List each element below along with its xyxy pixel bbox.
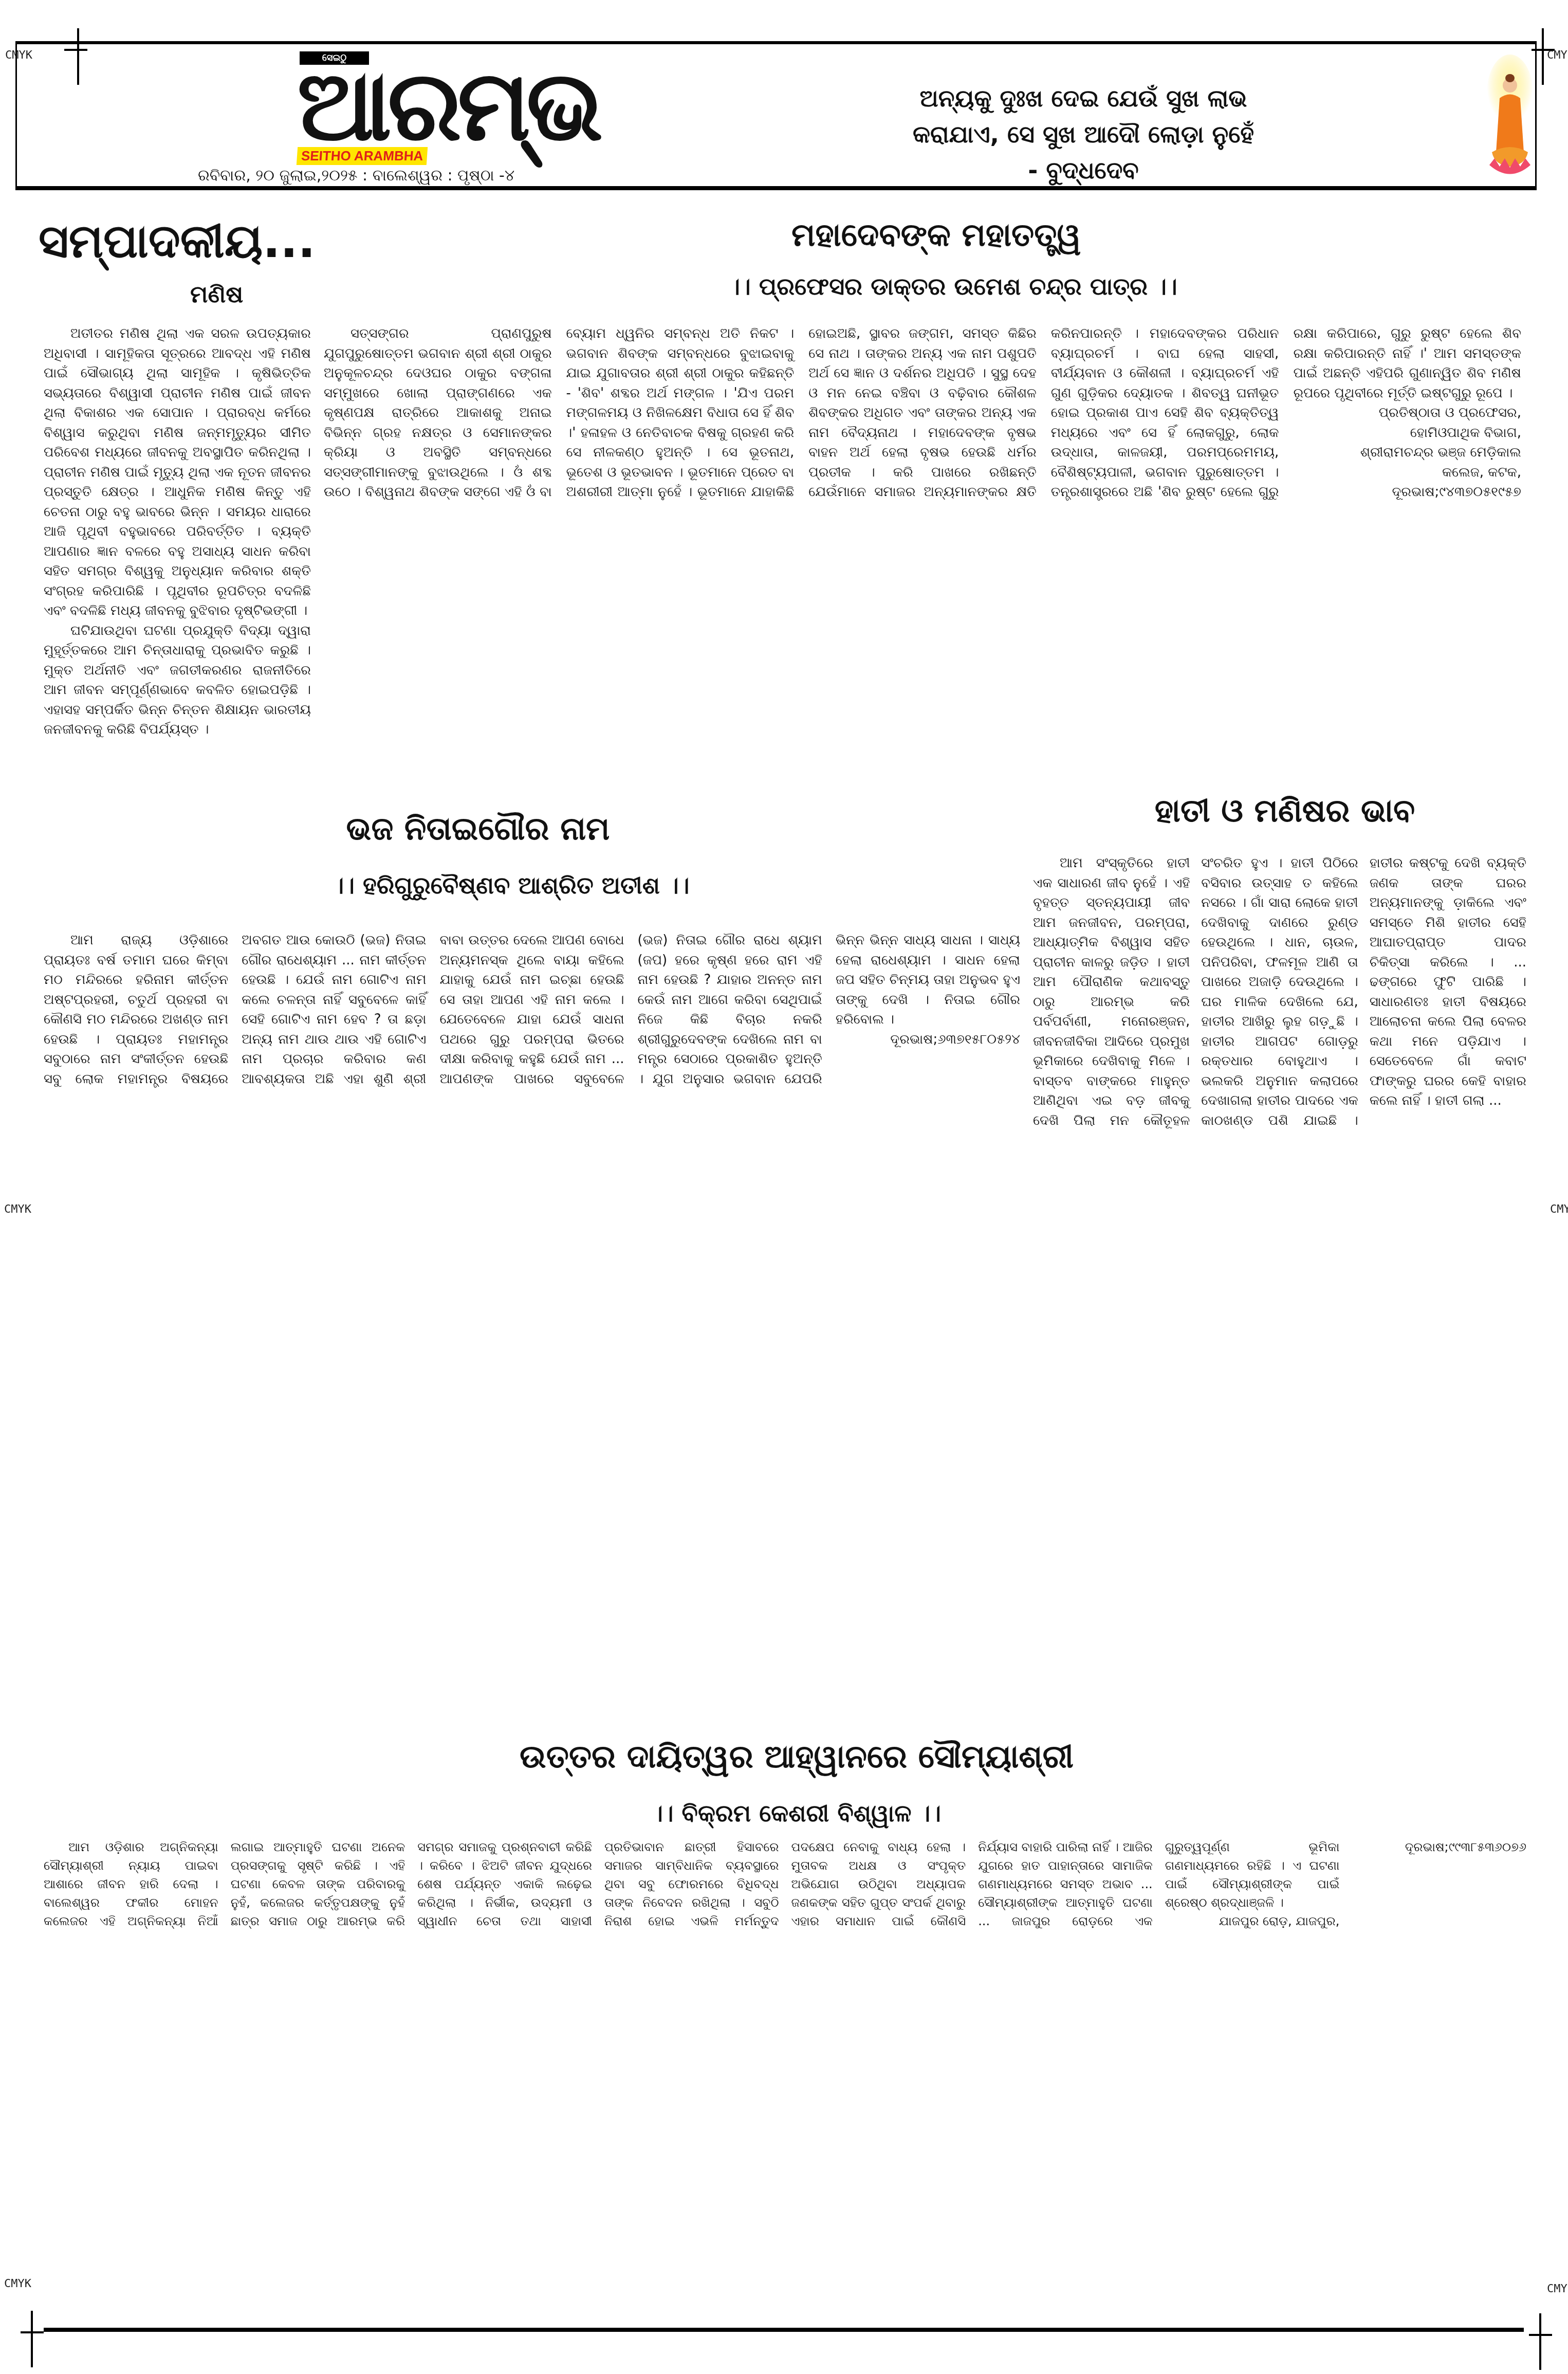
quote-box: ଅନ୍ୟକୁ ଦୁଃଖ ଦେଇ ଯେଉଁ ସୁଖ ଲାଭ କରାଯାଏ, ସେ … [865, 80, 1302, 188]
cmyk-label-bottom-left: CMYK [4, 2277, 14, 2291]
author-phone: ଦୂରଭାଷ;୬୩୭୧୫୮୦୫୨୪ [836, 1030, 1020, 1050]
bottom-rule [44, 2328, 1524, 2332]
article-byline-bhaja: ।। ହରିଗୁରୁବୈଷ୍ଣବ ଆଶ୍ରିତ ଅତୀଶ ।। [293, 871, 730, 900]
signature-phone: ଦୂରଭାଷ;୯୯୩୮୫୩୬୦୭୬ [1352, 1838, 1526, 1856]
article-body-mahadeva: ସତ୍‌ସଙ୍ଗର ପ୍ରାଣପୁରୁଷ ଯୁଗପୁରୁଷୋତ୍ତମ ଭଗବାନ… [324, 324, 1521, 802]
editorial-body: ଅତୀତର ମଣିଷ ଥିଲା ଏକ ସରଳ ଉପତ୍ୟକାର ଅଧିବାସୀ … [44, 324, 311, 740]
signature-title: ପ୍ରତିଷ୍ଠାତା ଓ ପ୍ରଫେସର, [1293, 403, 1521, 423]
cmyk-label-bottom-right: CMYK [1547, 2282, 1557, 2296]
cmyk-label-mid-right: CMYK [1550, 1203, 1560, 1216]
editorial-headline: ମଣିଷ [190, 280, 243, 309]
article-headline-mahadeva: ମହାଦେବଙ୍କ ମହାତତ୍ତ୍ୱ [791, 216, 1151, 254]
editorial-paragraph: ଘଟିଯାଉଥିବା ଘଟଣା ପ୍ରଯୁକ୍ତି ବିଦ୍ୟା ଦ୍ୱାରା … [44, 621, 311, 740]
dateline: ରବିବାର, ୨୦ ଜୁଲାଇ,୨୦୨୫ : ବାଲେଶ୍ୱର : ପୃଷ୍ଠ… [151, 167, 562, 185]
signature-city: କଲେଜ, କଟକ, [1293, 463, 1521, 483]
article-paragraph: ଆମ ରାଜ୍ୟ ଓଡ଼ିଶାରେ ପ୍ରାୟତଃ ବର୍ଷ ତମାମ ଘରେ … [44, 930, 1020, 1089]
article-body-soumyashree: ଆମ ଓଡ଼ିଶାର ଅଗ୍ନିକନ୍ୟା ସୌମ୍ୟାଶ୍ରୀ ନ୍ୟାୟ ପ… [44, 1838, 1526, 2300]
registration-mark-bottom-right [1529, 2313, 1549, 2370]
article-paragraph: ଆମ ସଂସ୍କୃତିରେ ହାତୀ ଏକ ସାଧାରଣ ଜୀବ ନୁହେଁ ।… [1033, 853, 1526, 1130]
newspaper-logo: ଆରମ୍ଭ [297, 54, 599, 157]
article-headline-soumyashree: ଉତ୍ତର ଦାୟିତ୍ୱର ଆହ୍ୱାନରେ ସୌମ୍ୟାଶ୍ରୀ [308, 1738, 1285, 1776]
cmyk-label-top-right: CMYK [1547, 49, 1557, 62]
signature-department: ହୋମିଓପାଥିକ ବିଭାଗ, [1293, 423, 1521, 443]
article-headline-bhaja: ଭଜ ନିତାଇଗୌର ନାମ [298, 810, 658, 848]
author-signature: ପ୍ରତିଷ୍ଠାତା ଓ ପ୍ରଫେସର, ହୋମିଓପାଥିକ ବିଭାଗ,… [1293, 403, 1521, 502]
masthead: ସେଇଠୁ ଆରମ୍ଭ SEITHO ARAMBHA ରବିବାର, ୨୦ ଜୁ… [15, 41, 1537, 190]
signature-address: ଯାଜପୁର ରୋଡ଼, ଯାଜପୁର, [1165, 1912, 1340, 1930]
cmyk-label-mid-left: CMYK [4, 1203, 14, 1216]
article-body-bhaja: ଆମ ରାଜ୍ୟ ଓଡ଼ିଶାରେ ପ୍ରାୟତଃ ବର୍ଷ ତମାମ ଘରେ … [44, 930, 1020, 1691]
buddha-image [1487, 49, 1533, 188]
quote-line-2: କରାଯାଏ, ସେ ସୁଖ ଆଦୌ ଲୋଡ଼ା ନୁହେଁ [865, 116, 1302, 152]
editorial-paragraph: ଅତୀତର ମଣିଷ ଥିଲା ଏକ ସରଳ ଉପତ୍ୟକାର ଅଧିବାସୀ … [44, 324, 311, 621]
signature-phone: ଦୂରଭାଷ;୯୪୩୭୦୫୧୯୫୭ [1293, 482, 1521, 502]
article-paragraph: ଆମ ଓଡ଼ିଶାର ଅଗ୍ନିକନ୍ୟା ସୌମ୍ୟାଶ୍ରୀ ନ୍ୟାୟ ପ… [44, 1838, 1339, 1930]
cmyk-label-top-left: CMYK [5, 49, 15, 62]
article-body-elephant: ଆମ ସଂସ୍କୃତିରେ ହାତୀ ଏକ ସାଧାରଣ ଜୀବ ନୁହେଁ ।… [1033, 853, 1526, 1696]
logo-tagline: SEITHO ARAMBHA [297, 147, 428, 165]
article-byline-mahadeva: ।। ପ୍ରଫେସର ଡାକ୍ତର ଉମେଶ ଚନ୍ଦ୍ର ପାତ୍ର ।। [684, 272, 1223, 301]
registration-mark-bottom-left [21, 2311, 41, 2367]
article-headline-elephant: ହାତୀ ଓ ମଣିଷର ଭାବ [1054, 792, 1516, 830]
quote-line-1: ଅନ୍ୟକୁ ଦୁଃଖ ଦେଇ ଯେଉଁ ସୁଖ ଲାଭ [865, 80, 1302, 116]
section-title-editorial: ସମ୍ପାଦକୀୟ... [39, 216, 316, 267]
article-byline-soumyashree: ।। ବିକ୍ରମ କେଶରୀ ବିଶ୍ୱାଳ ।। [463, 1799, 1131, 1828]
quote-attribution: - ବୁଦ୍ଧଦେବ [865, 152, 1302, 188]
signature-institution: ଶ୍ରୀରାମଚନ୍ଦ୍ର ଭଞ୍ଜ ମେଡ଼ିକାଲ [1293, 443, 1521, 463]
